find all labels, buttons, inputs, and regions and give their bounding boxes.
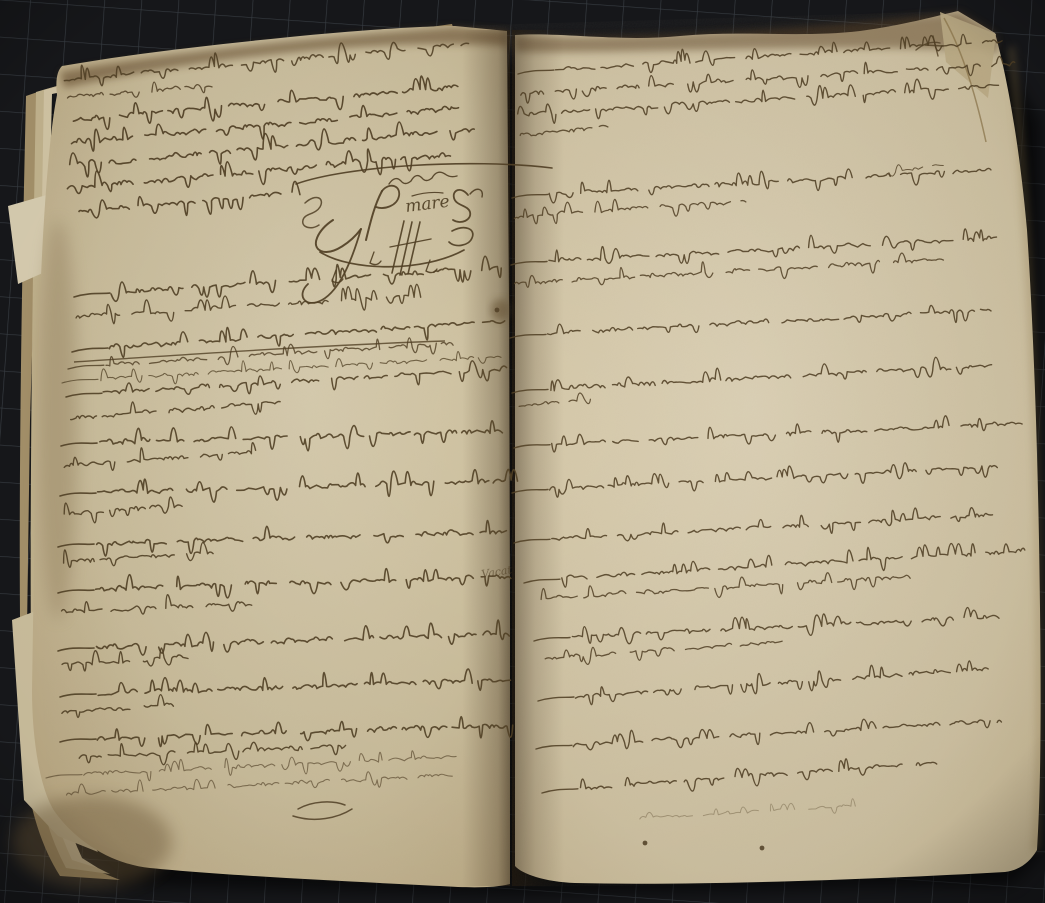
photo-vignette (0, 0, 1045, 903)
manuscript-photo-canvas: mare Vacat (0, 0, 1045, 903)
manuscript-photo: mare Vacat Photograph of an open early-m… (0, 0, 1045, 903)
